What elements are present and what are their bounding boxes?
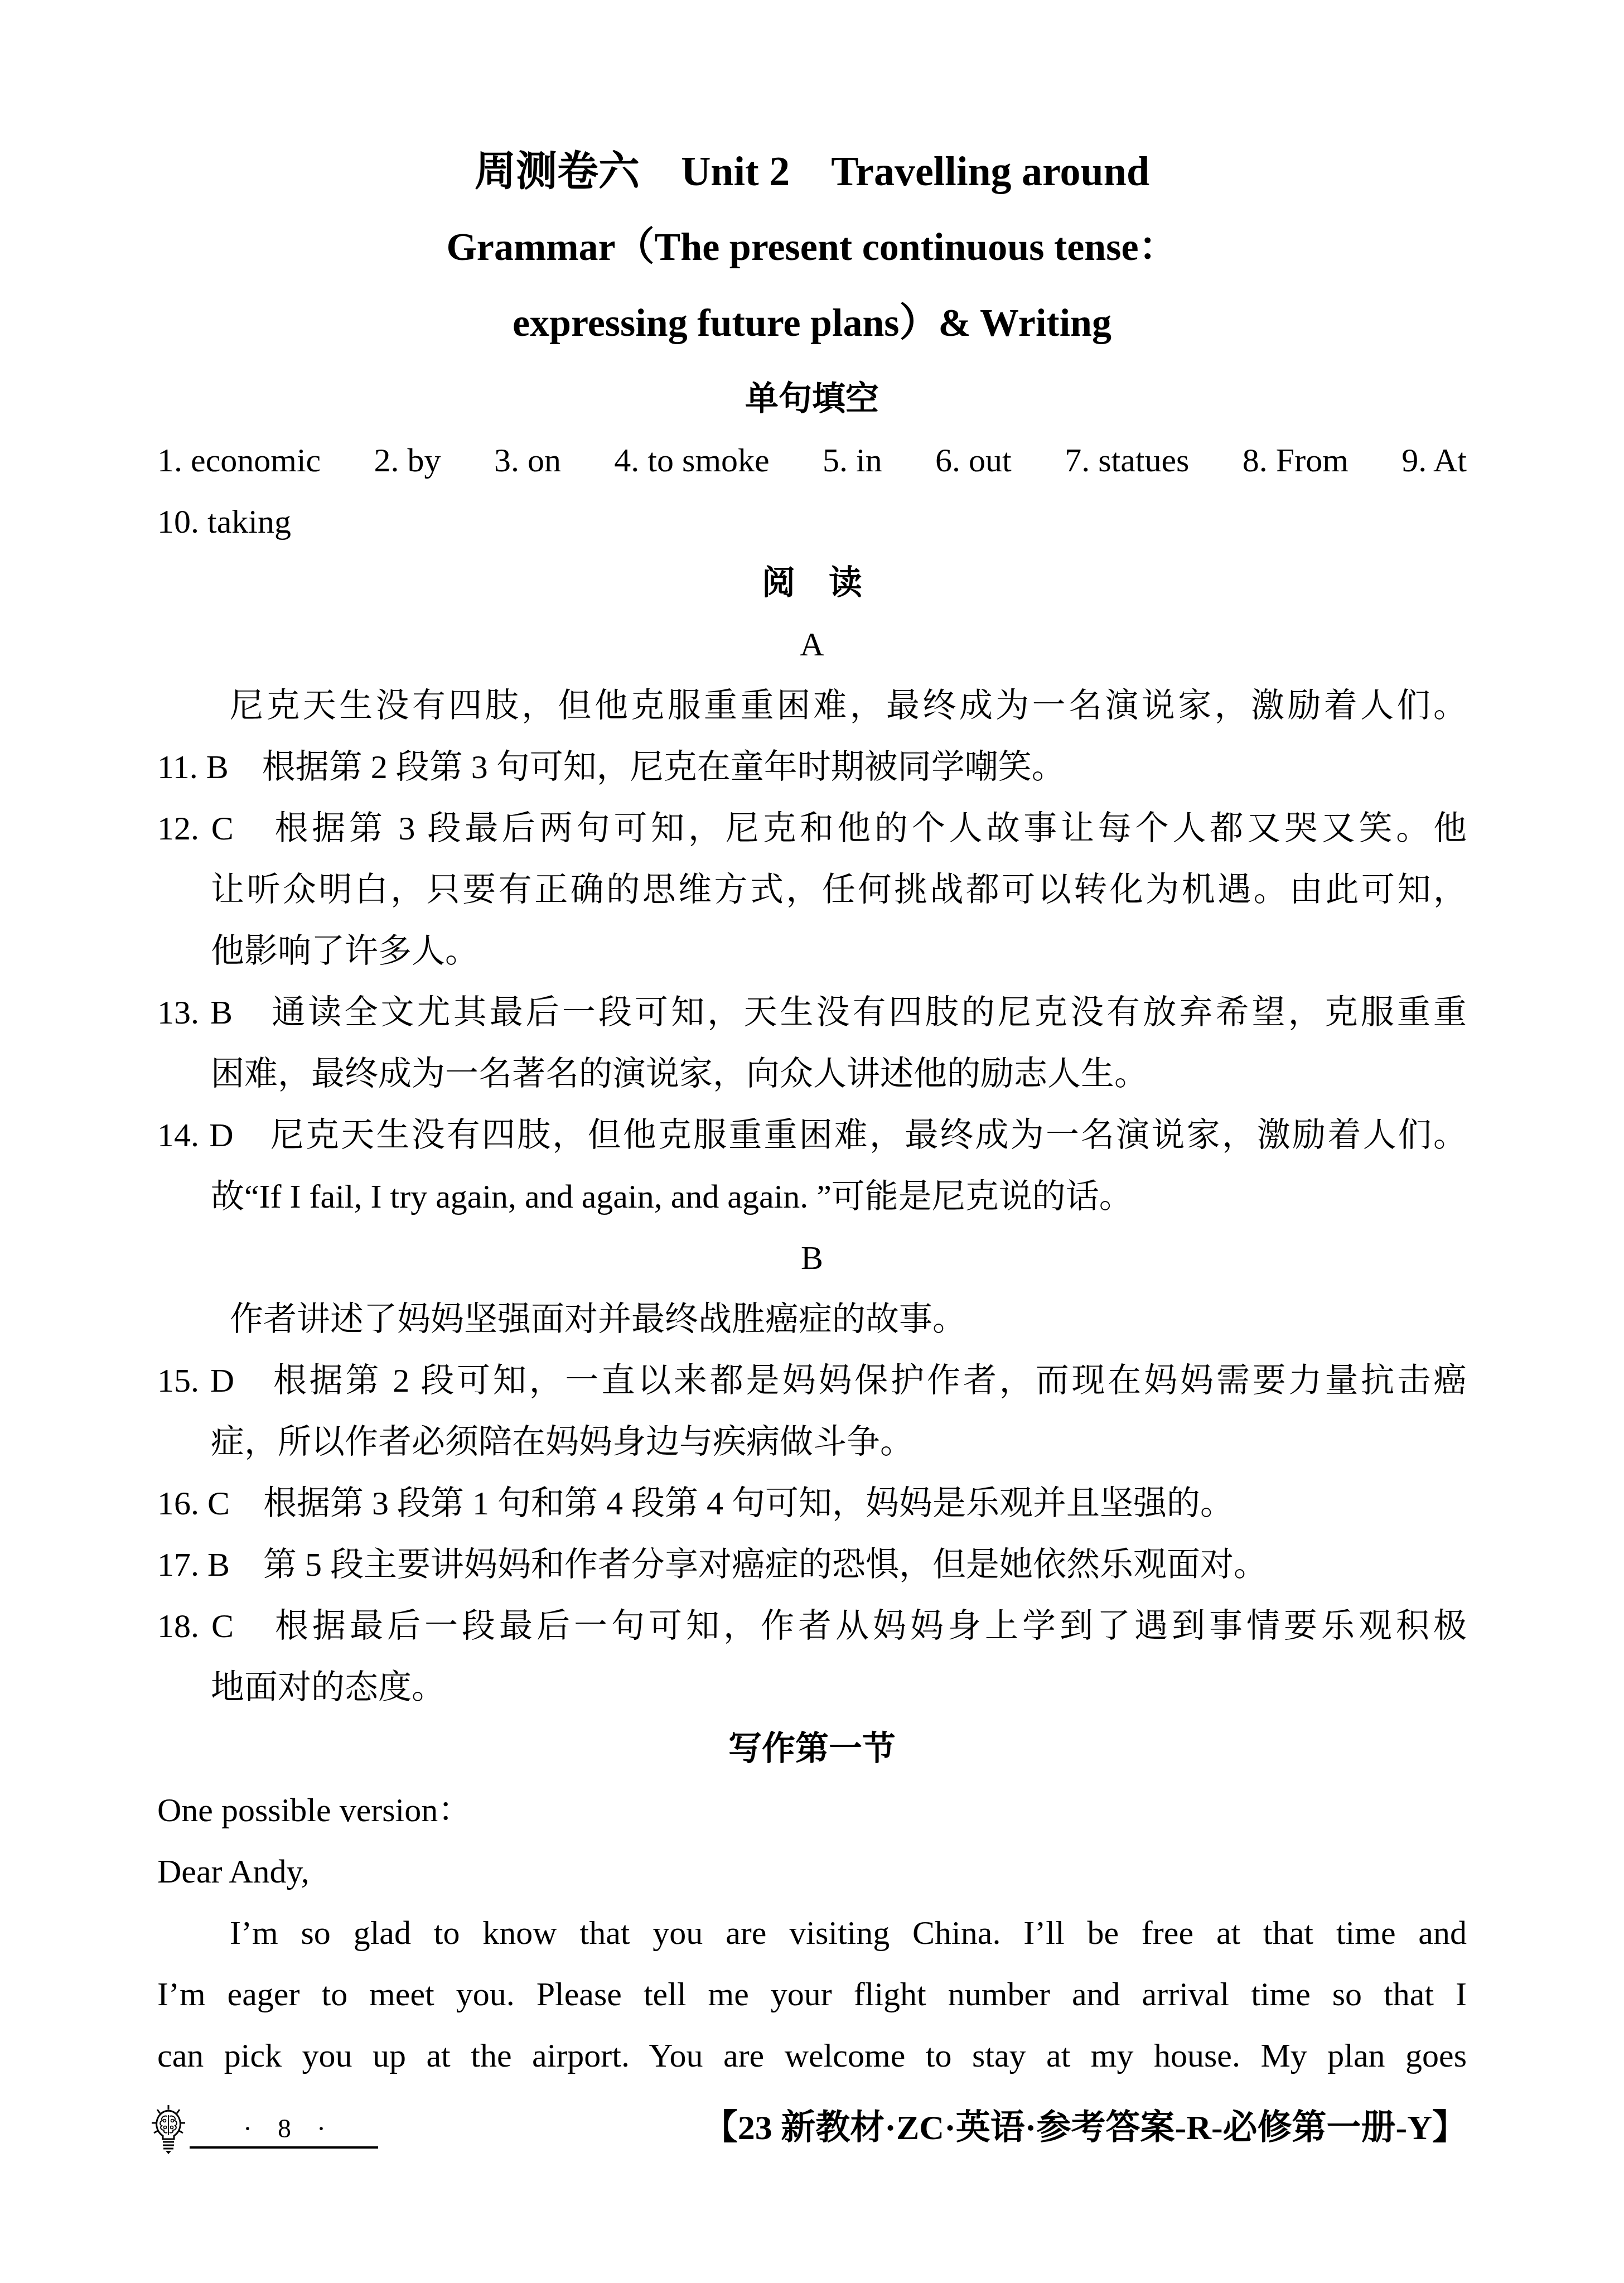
q18-answer-line-1: 18. C 根据最后一段最后一句可知，作者从妈妈身上学到了遇到事情要乐观积极 [157, 1595, 1467, 1657]
section-heading-reading: 阅 读 [157, 552, 1467, 614]
letter-salutation: Dear Andy, [157, 1841, 1467, 1902]
q13-answer-line-1: 13. B 通读全文尤其最后一段可知，天生没有四肢的尼克没有放弃希望，克服重重 [157, 982, 1467, 1043]
answer-item-9: 9. At [1401, 429, 1467, 491]
q15-answer-line-2: 症，所以作者必须陪在妈妈身边与疾病做斗争。 [211, 1411, 1467, 1473]
letter-line-3: can pick you up at the airport. You are … [157, 2025, 1467, 2086]
answer-item-10: 10. taking [157, 491, 1467, 552]
q18-answer-line-2: 地面对的态度。 [211, 1657, 1467, 1718]
q17-answer: 17. B 第 5 段主要讲妈妈和作者分享对癌症的恐惧，但是她依然乐观面对。 [157, 1534, 1467, 1595]
answer-item-7: 7. statues [1065, 429, 1189, 491]
passage-b-summary: 作者讲述了妈妈坚强面对并最终战胜癌症的故事。 [157, 1288, 1467, 1350]
q12-answer-line-1: 12. C 根据第 3 段最后两句可知，尼克和他的个人故事让每个人都又哭又笑。他 [157, 798, 1467, 859]
q15-answer-line-1: 15. D 根据第 2 段可知，一直以来都是妈妈保护作者，而现在妈妈需要力量抗击… [157, 1350, 1467, 1411]
answer-item-5: 5. in [823, 429, 882, 491]
answer-item-8: 8. From [1243, 429, 1348, 491]
section-heading-fill-blanks: 单句填空 [157, 368, 1467, 429]
q11-answer: 11. B 根据第 2 段第 3 句可知，尼克在童年时期被同学嘲笑。 [157, 736, 1467, 798]
letter-line-1: I’m so glad to know that you are visitin… [157, 1902, 1467, 1963]
passage-a-summary: 尼克天生没有四肢，但他克服重重困难，最终成为一名演说家，激励着人们。 [157, 675, 1467, 736]
q16-answer: 16. C 根据第 3 段第 1 句和第 4 段第 4 句可知，妈妈是乐观并且坚… [157, 1473, 1467, 1534]
title-line-2: Grammar（The present continuous tense： [157, 210, 1467, 286]
answer-item-4: 4. to smoke [614, 429, 769, 491]
passage-b-label: B [157, 1227, 1467, 1288]
q12-answer-line-2: 让听众明白，只要有正确的思维方式，任何挑战都可以转化为机遇。由此可知， [211, 859, 1467, 920]
passage-a-label: A [157, 614, 1467, 675]
title-line-3: expressing future plans）& Writing [157, 286, 1467, 361]
answer-item-6: 6. out [935, 429, 1012, 491]
q14-answer-line-1: 14. D 尼克天生没有四肢，但他克服重重困难，最终成为一名演说家，激励着人们。 [157, 1104, 1467, 1166]
answer-item-1: 1. economic [157, 429, 321, 491]
q12-answer-line-3: 他影响了许多人。 [211, 920, 1467, 982]
writing-intro: One possible version： [157, 1779, 1467, 1841]
section-heading-writing: 写作第一节 [157, 1718, 1467, 1779]
answer-item-3: 3. on [494, 429, 561, 491]
q13-answer-line-2: 困难，最终成为一名著名的演说家，向众人讲述他的励志人生。 [211, 1043, 1467, 1104]
q14-answer-line-2: 故“If I fail, I try again, and again, and… [211, 1166, 1467, 1227]
footer-reference: 【23 新教材·ZC·英语·参考答案-R-必修第一册-Y】 [157, 2097, 1467, 2159]
title-line-1: 周测卷六 Unit 2 Travelling around [157, 134, 1467, 210]
answer-key-page: 周测卷六 Unit 2 Travelling around Grammar（Th… [0, 0, 1624, 2283]
answers-row: 1. economic 2. by 3. on 4. to smoke 5. i… [157, 429, 1467, 491]
letter-line-2: I’m eager to meet you. Please tell me yo… [157, 1963, 1467, 2025]
answer-item-2: 2. by [374, 429, 441, 491]
